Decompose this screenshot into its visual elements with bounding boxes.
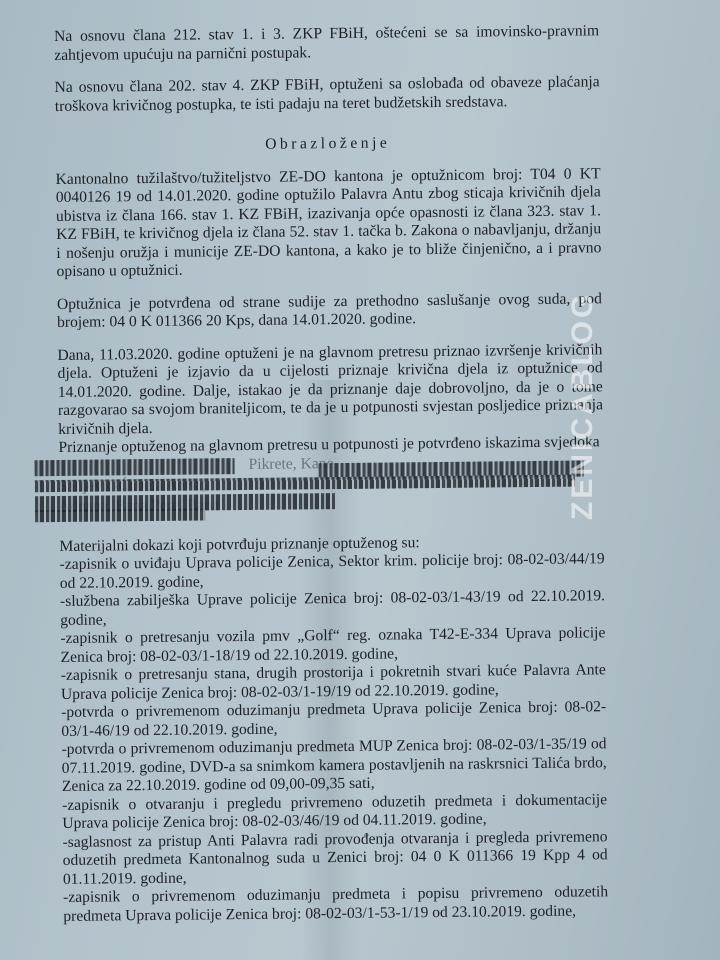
evidence-item: -službena zabilješka Uprave policije Zen… bbox=[60, 587, 605, 630]
paragraph-costs: Na osnovu člana 202. stav 4. ZKP FBiH, o… bbox=[55, 73, 600, 116]
evidence-item: -zapisnik o privremenom oduzimanju predm… bbox=[63, 883, 608, 926]
paragraph-property-claim: Na osnovu člana 212. stav 1. i 3. ZKP FB… bbox=[54, 22, 599, 65]
section-heading: Obrazloženje bbox=[55, 132, 600, 156]
evidence-item: -potvrda o privremenom oduzimanju predme… bbox=[61, 735, 607, 796]
redacted-witness-names: Pikrete, Kane Salijević-Ćubela Anisa, Ad… bbox=[58, 452, 604, 524]
evidence-item: -zapisnik o uviđaju Uprava policije Zeni… bbox=[60, 550, 605, 593]
paragraph-confirmation: Optužnica je potvrđena od strane sudije … bbox=[57, 290, 602, 333]
evidence-item: -zapisnik o pretresanju stana, drugih pr… bbox=[61, 661, 606, 704]
evidence-item: -potvrda o privremenom oduzimanju predme… bbox=[61, 698, 606, 741]
paragraph-indictment: Kantonalno tužilaštvo/tužiteljstvo ZE-DO… bbox=[55, 165, 601, 282]
evidence-item: -saglasnost za pristup Anti Palavra radi… bbox=[62, 828, 608, 889]
paragraph-confession: Dana, 11.03.2020. godine optuženi je na … bbox=[57, 341, 603, 439]
redaction-bar bbox=[35, 458, 235, 476]
watermark: ZENICABLOG bbox=[566, 292, 600, 520]
document-page: Na osnovu člana 212. stav 1. i 3. ZKP FB… bbox=[54, 22, 608, 926]
redaction-bar bbox=[35, 508, 205, 522]
evidence-item: -zapisnik o otvaranju i pregledu privrem… bbox=[62, 791, 607, 834]
evidence-item: -zapisnik o pretresanju vozila pmv „Golf… bbox=[60, 624, 605, 667]
evidence-list: -zapisnik o uviđaju Uprava policije Zeni… bbox=[60, 550, 609, 926]
